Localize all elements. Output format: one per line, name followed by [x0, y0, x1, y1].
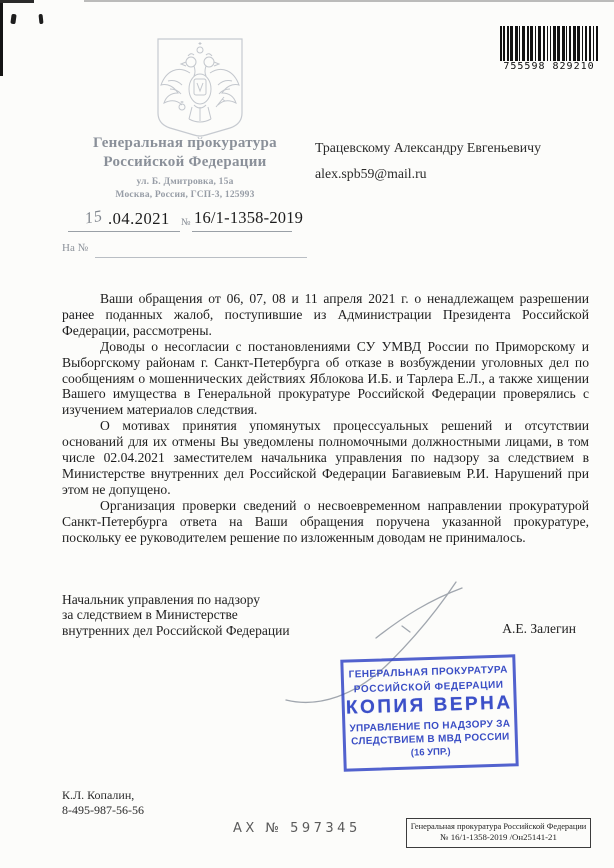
- footer-reference-box: Генеральная прокуратура Российской Федер…: [406, 818, 591, 848]
- org-address: ул. Б. Дмитровка, 15а Москва, Россия, ГС…: [53, 176, 317, 201]
- barcode-digits: 755598 829210: [500, 61, 598, 72]
- scan-speck-artifact: [38, 14, 43, 24]
- org-address-line1: ул. Б. Дмитровка, 15а: [53, 176, 317, 189]
- org-address-line2: Москва, Россия, ГСП-3, 125993: [53, 189, 317, 202]
- number-underline: [192, 231, 292, 232]
- recipient-name: Трацевскому Александру Евгеньевичу: [315, 140, 541, 156]
- org-title-line1: Генеральная прокуратура: [53, 134, 317, 153]
- org-title: Генеральная прокуратура Российской Федер…: [53, 134, 317, 172]
- handwritten-day: 15: [84, 208, 105, 229]
- letter-date: .04.2021: [108, 209, 170, 229]
- stamp-copy-valid: КОПИЯ ВЕРНА: [344, 692, 514, 719]
- footer-box-org: Генеральная прокуратура Российской Федер…: [407, 822, 590, 832]
- recipient-email: alex.spb59@mail.ru: [315, 166, 427, 182]
- barcode-icon: [500, 26, 598, 61]
- letter-body: Ваши обращения от 06, 07, 08 и 11 апреля…: [62, 291, 589, 546]
- signer-position-line2: за следствием в Министерстве: [62, 607, 290, 622]
- footer-box-number: № 16/1-1358-2019 /Он25141-21: [407, 832, 590, 843]
- scan-edge-artifact: [0, 0, 3, 76]
- letter-number: 16/1-1358-2019: [194, 208, 303, 228]
- scan-corner-artifact: [0, 0, 34, 3]
- reply-to-label: На №: [62, 242, 88, 254]
- body-paragraph: Ваши обращения от 06, 07, 08 и 11 апреля…: [62, 291, 589, 339]
- reply-to-underline: [95, 257, 307, 258]
- date-underline: [68, 231, 180, 232]
- body-paragraph: Организация проверки сведений о несвоевр…: [62, 498, 589, 546]
- org-title-line2: Российской Федерации: [53, 153, 317, 172]
- stamp-line1: ГЕНЕРАЛЬНАЯ ПРОКУРАТУРА: [344, 664, 513, 680]
- registration-code: АХ № 597345: [233, 821, 361, 836]
- signer-position-line3: внутренних дел Российской Федерации: [62, 623, 290, 638]
- scan-speck-artifact: [10, 14, 16, 25]
- body-paragraph: О мотивах принятия упомянутых процессуал…: [62, 418, 589, 498]
- executor-name: К.Л. Копалин,: [62, 788, 144, 803]
- barcode: 755598 829210: [500, 26, 598, 72]
- executor-phone: 8-495-987-56-56: [62, 803, 144, 818]
- number-sign: №: [181, 217, 191, 228]
- scan-top-line-artifact: [84, 0, 614, 2]
- coat-of-arms-icon: [148, 37, 252, 139]
- certification-stamp: ГЕНЕРАЛЬНАЯ ПРОКУРАТУРА РОССИЙСКОЙ ФЕДЕР…: [340, 654, 518, 771]
- body-paragraph: Доводы о несогласии с постановлениями СУ…: [62, 339, 589, 419]
- signer-name: А.Е. Залегин: [502, 621, 576, 637]
- signer-position-line1: Начальник управления по надзору: [62, 592, 290, 607]
- signer-position: Начальник управления по надзору за следс…: [62, 592, 290, 638]
- executor-contact: К.Л. Копалин, 8-495-987-56-56: [62, 788, 144, 817]
- scanned-letter-page: 755598 829210: [0, 0, 614, 868]
